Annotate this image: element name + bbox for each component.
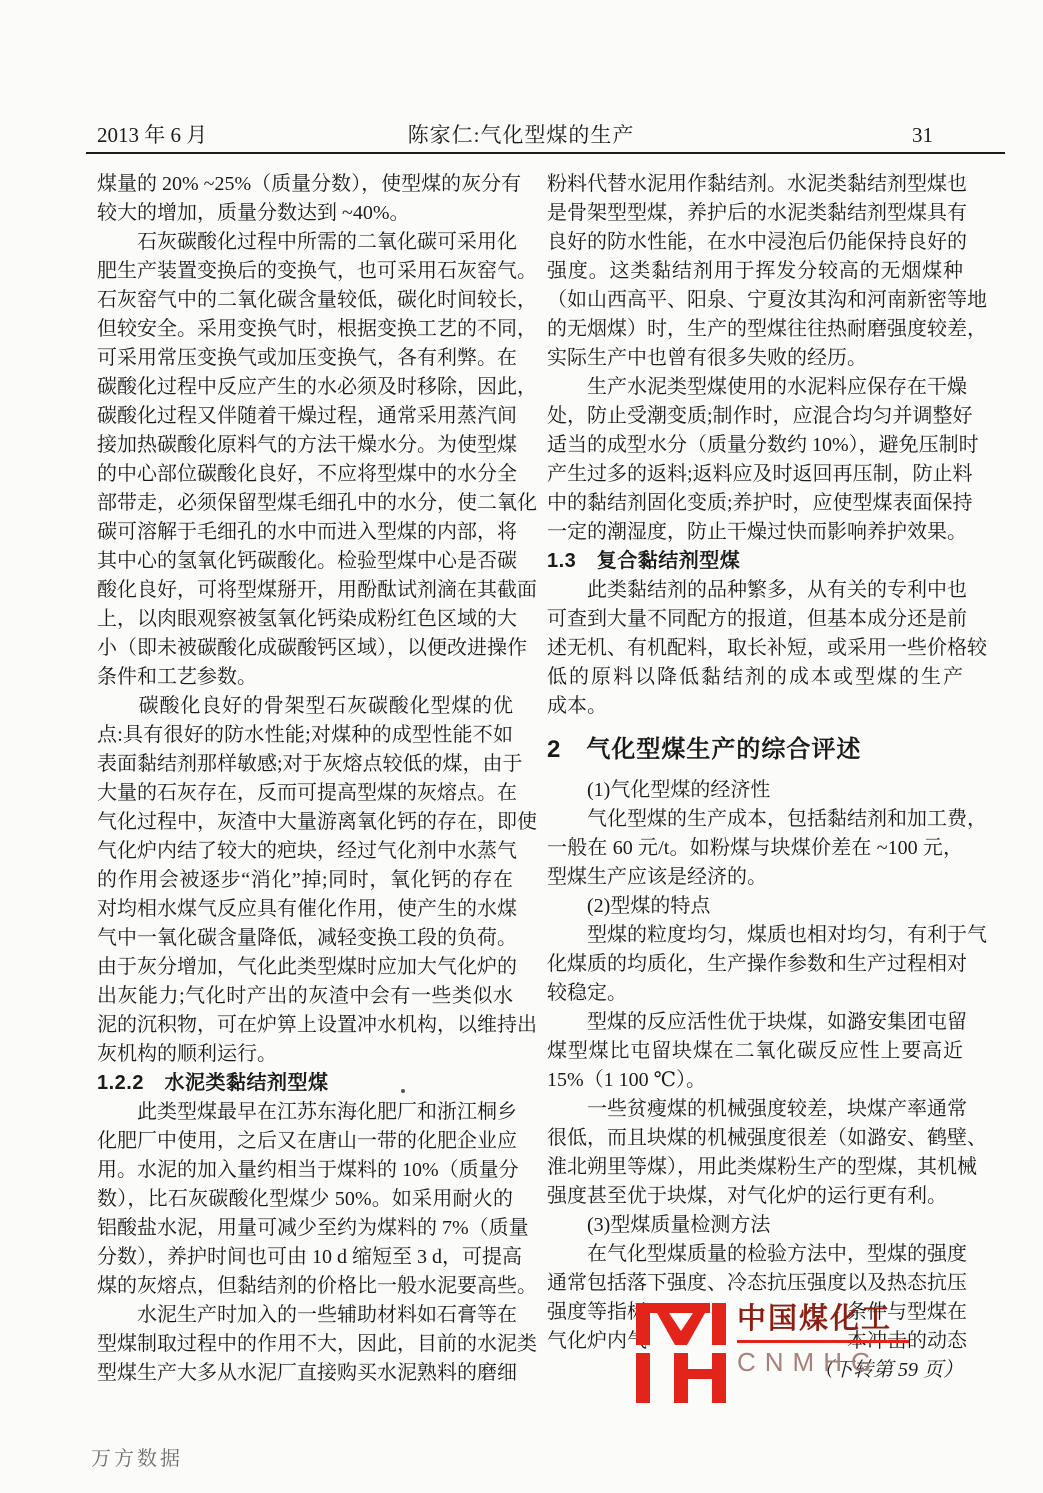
text-line: 很低，而且块煤的机械强度很差（如潞安、鹤壁、 [547,1124,963,1153]
text-line: 条件和工艺参数。 [97,663,513,692]
header-page-number: 31 [912,120,933,150]
text-line: 灰机构的顺利运行。 [97,1040,513,1069]
text-line: 大量的石灰存在，反而可提高型煤的灰熔点。在 [97,779,513,808]
text-line: 强度。这类黏结剂用于挥发分较高的无烟煤种 [547,257,963,286]
text-line: 小（即未被碳酸化成碳酸钙区域），以便改进操作 [97,634,513,663]
wanfang-brand: 万方数据 [91,1442,183,1471]
text-line: 是骨架型型煤，养护后的水泥类黏结剂型煤具有 [547,199,963,228]
text-line: 水泥生产时加入的一些辅助材料如石膏等在 [97,1301,513,1330]
text-line: 的无烟煤）时，生产的型煤往往热耐磨强度较差， [547,315,963,344]
text-line: 出灰能力;气化时产出的灰渣中会有一些类似水 [97,982,513,1011]
text-line: 肥生产装置变换后的变换气，也可采用石灰窑气。 [97,257,513,286]
text-line: 表面黏结剂那样敏感;对于灰熔点较低的煤，由于 [97,750,513,779]
header-running-title: 陈家仁:气化型煤的生产 [97,120,945,150]
text-line: 一些贫瘦煤的机械强度较差，块煤产率通常 [547,1095,963,1124]
text-line: 中的黏结剂固化变质;养护时，应使型煤表面保持 [547,489,963,518]
text-line: 但较安全。采用变换气时，根据变换工艺的不同， [97,315,513,344]
text-line: 述无机、有机配料，取长补短，或采用一些价格较 [547,634,963,663]
cnmhg-watermark: 中国煤化工 CNMHG [636,1301,926,1403]
section-2-heading: 2 气化型煤生产的综合评述 [547,733,963,767]
text-line: 15%（1 100 ℃）。 [547,1066,963,1095]
text-line: 通常包括落下强度、冷态抗压强度以及热态抗压 [547,1269,963,1298]
text-line: 气中一氧化碳含量降低，减轻变换工段的负荷。 [97,924,513,953]
text-line: 可查到大量不同配方的报道，但基本成分还是前 [547,605,963,634]
text-line: 处，防止受潮变质;制作时，应混合均匀并调整好 [547,402,963,431]
text-line: 气化炉内结了较大的疤块，经过气化剂中水蒸气 [97,837,513,866]
text-line: 点:具有很好的防水性能;对煤种的成型性能不如 [97,721,513,750]
text-line: 碳酸化过程中反应产生的水必须及时移除，因此， [97,373,513,402]
text-line: (2)型煤的特点 [547,892,963,921]
text-line: 对均相水煤气反应具有催化作用，使产生的水煤 [97,895,513,924]
text-line: 强度甚至优于块煤，对气化炉的运行更有利。 [547,1182,963,1211]
text-line: 良好的防水性能，在水中浸泡后仍能保持良好的 [547,228,963,257]
text-line: 由于灰分增加，气化此类型煤时应加大气化炉的 [97,953,513,982]
text-line: 型煤的反应活性优于块煤，如潞安集团屯留 [547,1008,963,1037]
watermark-underline [737,1340,909,1343]
text-line: 较大的增加，质量分数达到 ~40%。 [97,199,513,228]
text-line: 型煤制取过程中的作用不大，因此，目前的水泥类 [97,1330,513,1359]
text-line: 淮北朔里等煤），用此类煤粉生产的型煤，其机械 [547,1153,963,1182]
text-line: 产生过多的返料;返料应及时返回再压制，防止料 [547,460,963,489]
text-line: 此类黏结剂的品种繁多，从有关的专利中也 [547,576,963,605]
text-line: 的中心部位碳酸化良好，不应将型煤中的水分全 [97,460,513,489]
text-line: 粉料代替水泥用作黏结剂。水泥类黏结剂型煤也 [547,170,963,199]
text-line: 泥的沉积物，可在炉箅上设置冲水机构，以维持出 [97,1011,513,1040]
page: 2013 年 6 月 陈家仁:气化型煤的生产 31 煤量的 20% ~25%（质… [0,0,1043,1493]
text-line: 较稳定。 [547,979,963,1008]
text-line: 上，以肉眼观察被氢氧化钙染成粉红色区域的大 [97,605,513,634]
text-line: 气化过程中，灰渣中大量游离氧化钙的存在，即使 [97,808,513,837]
text-line: 接加热碳酸化原料气的方法干燥水分。为使型煤 [97,431,513,460]
text-line: 在气化型煤质量的检验方法中，型煤的强度 [547,1240,963,1269]
text-line: 气化型煤的生产成本，包括黏结剂和加工费， [547,805,963,834]
text-line: 煤型煤比屯留块煤在二氧化碳反应性上要高近 [547,1037,963,1066]
text-line: 型煤的粒度均匀，煤质也相对均匀，有利于气 [547,921,963,950]
page-header: 2013 年 6 月 陈家仁:气化型煤的生产 31 [97,120,945,150]
text-line: (3)型煤质量检测方法 [547,1211,963,1240]
text-line: 实际生产中也曾有很多失败的经历。 [547,344,963,373]
watermark-text-block: 中国煤化工 CNMHG [737,1301,909,1377]
watermark-en-text: CNMHG [737,1347,909,1377]
cnmhg-logo-icon [636,1303,726,1403]
text-line: 一定的潮湿度，防止干燥过快而影响养护效果。 [547,518,963,547]
text-line: 型煤生产应该是经济的。 [547,863,963,892]
text-line: 的作用会被逐步“消化”掉;同时，氧化钙的存在 [97,866,513,895]
text-line: 煤的灰熔点，但黏结剂的价格比一般水泥要高些。 [97,1272,513,1301]
text-line: 其中心的氢氧化钙碳酸化。检验型煤中心是否碳 [97,547,513,576]
text-line: 低的原料以降低黏结剂的成本或型煤的生产 [547,663,963,692]
text-line: 碳酸化过程又伴随着干燥过程，通常采用蒸汽间 [97,402,513,431]
text-line: (1)气化型煤的经济性 [547,776,963,805]
text-line: 分数），养护时间也可由 10 d 缩短至 3 d，可提高 [97,1243,513,1272]
text-line: （如山西高平、阳泉、宁夏汝其沟和河南新密等地 [547,286,963,315]
text-line: 石灰窑气中的二氧化碳含量较低，碳化时间较长， [97,286,513,315]
text-line: 酸化良好，可将型煤掰开，用酚酞试剂滴在其截面 [97,576,513,605]
text-line: 一般在 60 元/t。如粉煤与块煤价差在 ~100 元， [547,834,963,863]
text-line: 碳酸化良好的骨架型石灰碳酸化型煤的优 [97,692,513,721]
right-column: 粉料代替水泥用作黏结剂。水泥类黏结剂型煤也是骨架型型煤，养护后的水泥类黏结剂型煤… [547,170,963,1385]
scan-artifact-dot [401,1089,405,1093]
text-line: 煤量的 20% ~25%（质量分数），使型煤的灰分有 [97,170,513,199]
text-line: 碳可溶解于毛细孔的水中而进入型煤的内部，将 [97,518,513,547]
text-line: 石灰碳酸化过程中所需的二氧化碳可采用化 [97,228,513,257]
text-line: 化煤质的均质化，生产操作参数和生产过程相对 [547,950,963,979]
text-line: 用。水泥的加入量约相当于煤料的 10%（质量分 [97,1156,513,1185]
text-line: 部带走，必须保留型煤毛细孔中的水分，使二氧化 [97,489,513,518]
section-heading-1-2-2: 1.2.2 水泥类黏结剂型煤 [97,1069,513,1098]
left-column: 煤量的 20% ~25%（质量分数），使型煤的灰分有较大的增加，质量分数达到 ~… [97,170,513,1388]
text-line: 适当的成型水分（质量分数约 10%），避免压制时 [547,431,963,460]
watermark-cn-text: 中国煤化工 [737,1301,909,1337]
text-line: 此类型煤最早在江苏东海化肥厂和浙江桐乡 [97,1098,513,1127]
text-line: 生产水泥类型煤使用的水泥料应保存在干燥 [547,373,963,402]
section-heading-1-3: 1.3 复合黏结剂型煤 [547,547,963,576]
text-line: 数），比石灰碳酸化型煤少 50%。如采用耐火的 [97,1185,513,1214]
text-line: 铝酸盐水泥，用量可减少至约为煤料的 7%（质量 [97,1214,513,1243]
text-line: 成本。 [547,692,963,721]
text-line: 可采用常压变换气或加压变换气，各有利弊。在 [97,344,513,373]
text-line: 型煤生产大多从水泥厂直接购买水泥熟料的磨细 [97,1359,513,1388]
header-rule [86,152,1005,154]
text-line: 化肥厂中使用，之后又在唐山一带的化肥企业应 [97,1127,513,1156]
